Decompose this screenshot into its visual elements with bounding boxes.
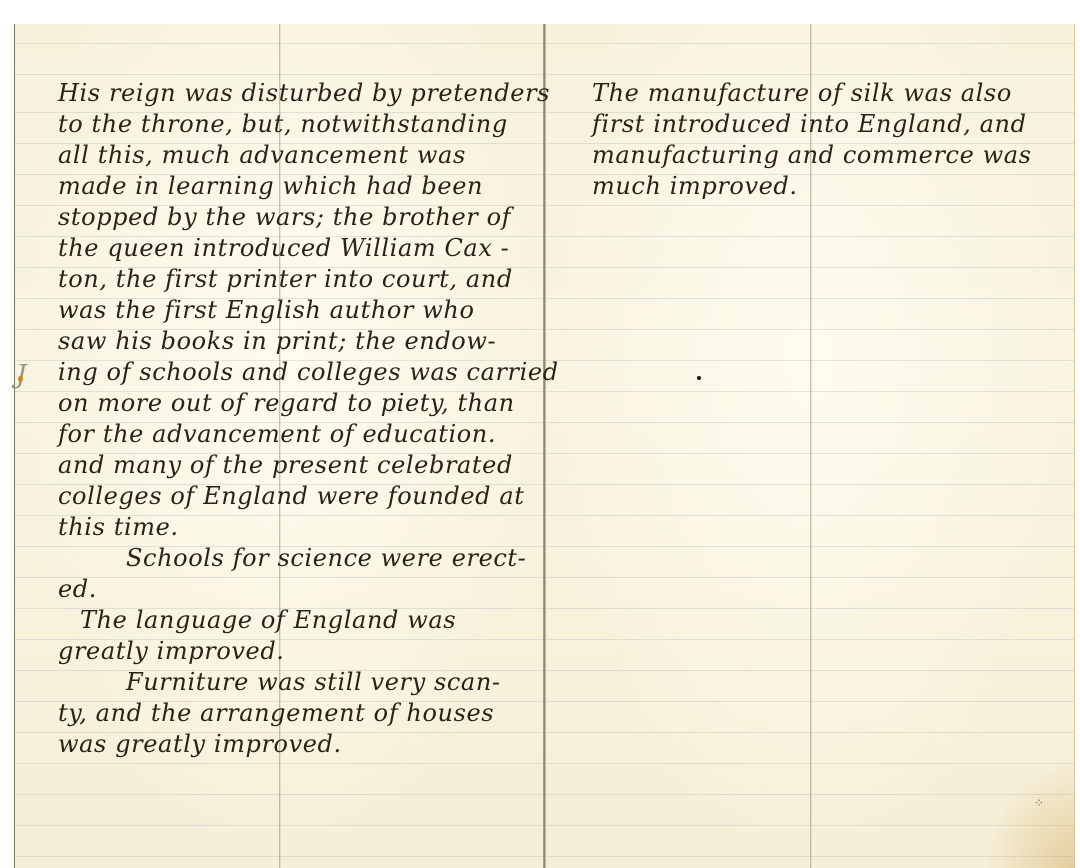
- text-line: His reign was disturbed by pretenders: [58, 78, 559, 109]
- text-line: made in learning which had been: [58, 171, 559, 202]
- text-line: ty, and the arrangement of houses: [58, 698, 559, 729]
- text-line: ed.: [58, 574, 559, 605]
- text-line: colleges of England were founded at: [58, 481, 559, 512]
- text-line: on more out of regard to piety, than: [58, 388, 559, 419]
- text-line: greatly improved.: [58, 636, 559, 667]
- text-line: stopped by the wars; the brother of: [58, 202, 559, 233]
- text-line: was the first English author who: [58, 295, 559, 326]
- text-line: was greatly improved.: [58, 729, 559, 760]
- right-page-text: The manufacture of silk was also first i…: [592, 78, 1032, 202]
- text-line: first introduced into England, and: [592, 109, 1032, 140]
- text-line: this time.: [58, 512, 559, 543]
- text-line: saw his books in print; the endow-: [58, 326, 559, 357]
- margin-note: J: [16, 360, 26, 390]
- paper-smudge: ⁘: [1034, 796, 1044, 810]
- text-line: the queen introduced William Cax -: [58, 233, 559, 264]
- text-line: The language of England was: [58, 605, 559, 636]
- text-line: and many of the present celebrated: [58, 450, 559, 481]
- text-line: to the throne, but, notwithstanding: [58, 109, 559, 140]
- text-line: ing of schools and colleges was carried: [58, 357, 559, 388]
- text-line: ton, the first printer into court, and: [58, 264, 559, 295]
- text-line: all this, much advancement was: [58, 140, 559, 171]
- text-line: for the advancement of education.: [58, 419, 559, 450]
- text-line: Furniture was still very scan-: [58, 667, 559, 698]
- text-line: manufacturing and commerce was: [592, 140, 1032, 171]
- text-line: much improved.: [592, 171, 1032, 202]
- ink-spot: [697, 376, 701, 380]
- text-line: Schools for science were erect-: [58, 543, 559, 574]
- text-line: The manufacture of silk was also: [592, 78, 1032, 109]
- scanned-manuscript: J His reign was disturbed by pretenders …: [0, 0, 1080, 868]
- left-page-text: His reign was disturbed by pretenders to…: [58, 78, 559, 760]
